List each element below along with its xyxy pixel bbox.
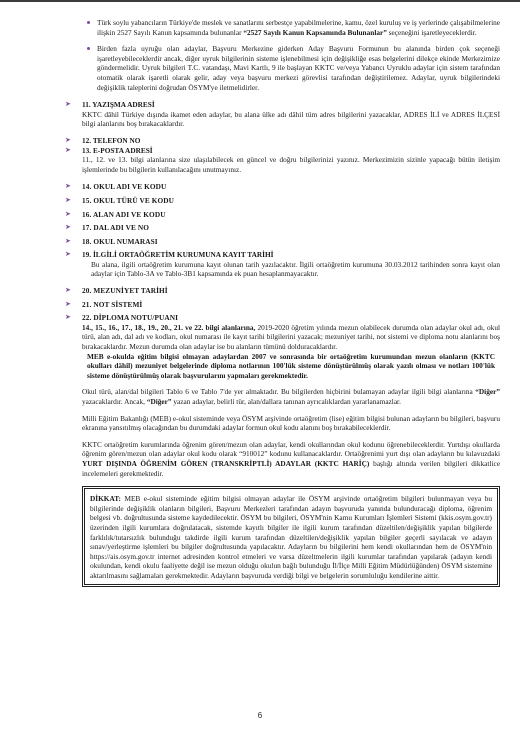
- arrowhead-right-icon: ➤: [65, 286, 71, 296]
- section-title: 11. YAZIŞMA ADRESİ: [82, 100, 500, 110]
- section-title: 20. MEZUNİYET TARİHİ: [82, 286, 500, 296]
- arrowhead-right-icon: ➤: [65, 136, 71, 146]
- notice-text: MEB e-okul sisteminde eğitim bilgisi olm…: [90, 494, 492, 580]
- section-title: 12. TELEFON NO: [82, 136, 500, 146]
- page-number: 6: [0, 711, 520, 720]
- arrowhead-right-icon: ➤: [65, 100, 71, 110]
- section-17: ➤ 17. DAL ADI VE NO: [82, 223, 500, 233]
- section-12: ➤ 12. TELEFON NO: [82, 136, 500, 146]
- section-16: ➤ 16. ALAN ADI VE KODU: [82, 210, 500, 220]
- arrowhead-right-icon: ➤: [65, 300, 71, 310]
- school-type-paragraph: Okul türü, alan/dal bilgileri Tablo 6 ve…: [82, 387, 500, 406]
- notice-label: DİKKAT:: [90, 494, 121, 503]
- bullet-dot-icon: [87, 47, 90, 50]
- section-title: 19. İLGİLİ ORTAÖĞRETİM KURUMUNA KAYIT TA…: [82, 250, 500, 260]
- bullet-2527-law: Türk soylu yabancıların Türkiye'de mesle…: [82, 18, 500, 37]
- section-19: ➤ 19. İLGİLİ ORTAÖĞRETİM KURUMUNA KAYIT …: [82, 250, 500, 279]
- diploma-warning: MEB e-okulda eğitim bilgisi olmayan aday…: [82, 352, 500, 381]
- bullet-multiple-nationality: Birden fazla uyruğu olan adaylar, Başvur…: [82, 44, 500, 92]
- section-title: 15. OKUL TÜRÜ VE KODU: [82, 196, 500, 206]
- section-title: 14. OKUL ADI VE KODU: [82, 182, 500, 192]
- window-top-border: [0, 0, 520, 2]
- kktc-paragraph: KKTC ortaöğretim kurumlarında öğrenim gö…: [82, 440, 500, 478]
- arrowhead-right-icon: ➤: [65, 196, 71, 206]
- section-body: 11., 12. ve 13. bilgi alanlarına size ul…: [82, 155, 500, 174]
- section-20: ➤ 20. MEZUNİYET TARİHİ: [82, 286, 500, 296]
- meb-paragraph: Milli Eğitim Bakanlığı (MEB) e-okul sist…: [82, 414, 500, 433]
- section-11: ➤ 11. YAZIŞMA ADRESİ KKTC dâhil Türkiye …: [82, 100, 500, 129]
- section-body: KKTC dâhil Türkiye dışında ikamet eden a…: [82, 110, 500, 129]
- section-13: ➤ 13. E-POSTA ADRESİ 11., 12. ve 13. bil…: [82, 146, 500, 175]
- section-title: 13. E-POSTA ADRESİ: [82, 146, 500, 156]
- section-title: 21. NOT SİSTEMİ: [82, 300, 500, 310]
- section-title: 18. OKUL NUMARASI: [82, 237, 500, 247]
- section-body: 14., 15., 16., 17., 18., 19., 20., 21. v…: [82, 323, 500, 352]
- section-body: Bu alana, ilgili ortaöğretim kurumuna ka…: [82, 260, 500, 279]
- nationality-bullets: Türk soylu yabancıların Türkiye'de mesle…: [82, 18, 500, 92]
- section-22: ➤ 22. DİPLOMA NOTU/PUANI 14., 15., 16., …: [82, 313, 500, 380]
- arrowhead-right-icon: ➤: [65, 237, 71, 247]
- section-14: ➤ 14. OKUL ADI VE KODU: [82, 182, 500, 192]
- notice-box: DİKKAT: MEB e-okul sisteminde eğitim bil…: [82, 486, 500, 586]
- arrowhead-right-icon: ➤: [65, 250, 71, 260]
- section-15: ➤ 15. OKUL TÜRÜ VE KODU: [82, 196, 500, 206]
- section-18: ➤ 18. OKUL NUMARASI: [82, 237, 500, 247]
- section-21: ➤ 21. NOT SİSTEMİ: [82, 300, 500, 310]
- arrowhead-right-icon: ➤: [65, 182, 71, 192]
- section-title: 16. ALAN ADI VE KODU: [82, 210, 500, 220]
- arrowhead-right-icon: ➤: [65, 313, 71, 323]
- arrowhead-right-icon: ➤: [65, 210, 71, 220]
- section-title: 22. DİPLOMA NOTU/PUANI: [82, 313, 500, 323]
- bullet-dot-icon: [87, 21, 90, 24]
- section-title: 17. DAL ADI VE NO: [82, 223, 500, 233]
- arrowhead-right-icon: ➤: [65, 223, 71, 233]
- arrowhead-right-icon: ➤: [65, 146, 71, 156]
- document-page: Türk soylu yabancıların Türkiye'de mesle…: [82, 18, 500, 587]
